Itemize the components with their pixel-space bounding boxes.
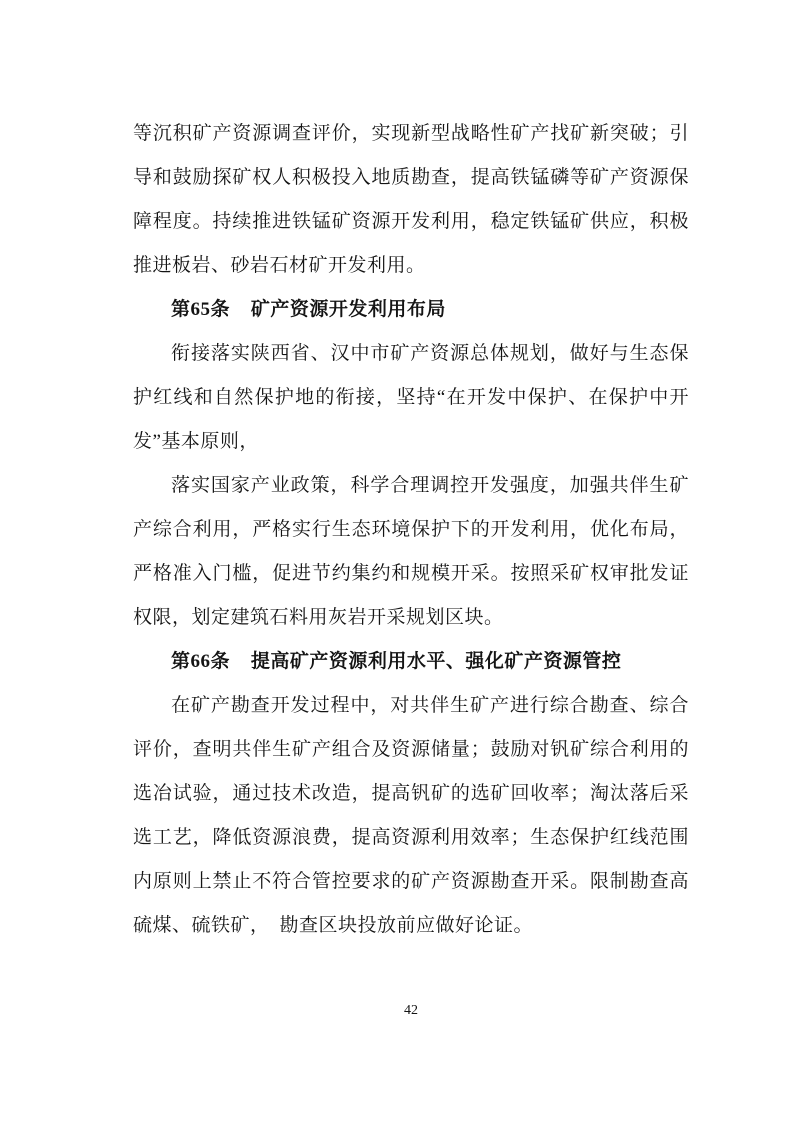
section-title: 提高矿产资源利用水平、强化矿产资源管控 <box>251 651 622 672</box>
document-body: 等沉积矿产资源调查评价，实现新型战略性矿产找矿新突破；引导和鼓励探矿权人积极投入… <box>133 112 689 948</box>
paragraph: 衔接落实陕西省、汉中市矿产资源总体规划，做好与生态保护红线和自然保护地的衔接，坚… <box>133 332 689 464</box>
section-number: 第66条 <box>171 651 230 672</box>
paragraph: 在矿产勘查开发过程中，对共伴生矿产进行综合勘查、综合评价，查明共伴生矿产组合及资… <box>133 684 689 948</box>
document-page: 等沉积矿产资源调查评价，实现新型战略性矿产找矿新突破；引导和鼓励探矿权人积极投入… <box>0 0 793 1122</box>
paragraph: 等沉积矿产资源调查评价，实现新型战略性矿产找矿新突破；引导和鼓励探矿权人积极投入… <box>133 112 689 288</box>
section-heading: 第65条矿产资源开发利用布局 <box>133 288 689 332</box>
section-title: 矿产资源开发利用布局 <box>251 299 446 320</box>
paragraph: 落实国家产业政策，科学合理调控开发强度，加强共伴生矿产综合利用，严格实行生态环境… <box>133 464 689 640</box>
page-number: 42 <box>133 1001 689 1021</box>
section-number: 第65条 <box>171 299 230 320</box>
section-heading: 第66条提高矿产资源利用水平、强化矿产资源管控 <box>133 640 689 684</box>
